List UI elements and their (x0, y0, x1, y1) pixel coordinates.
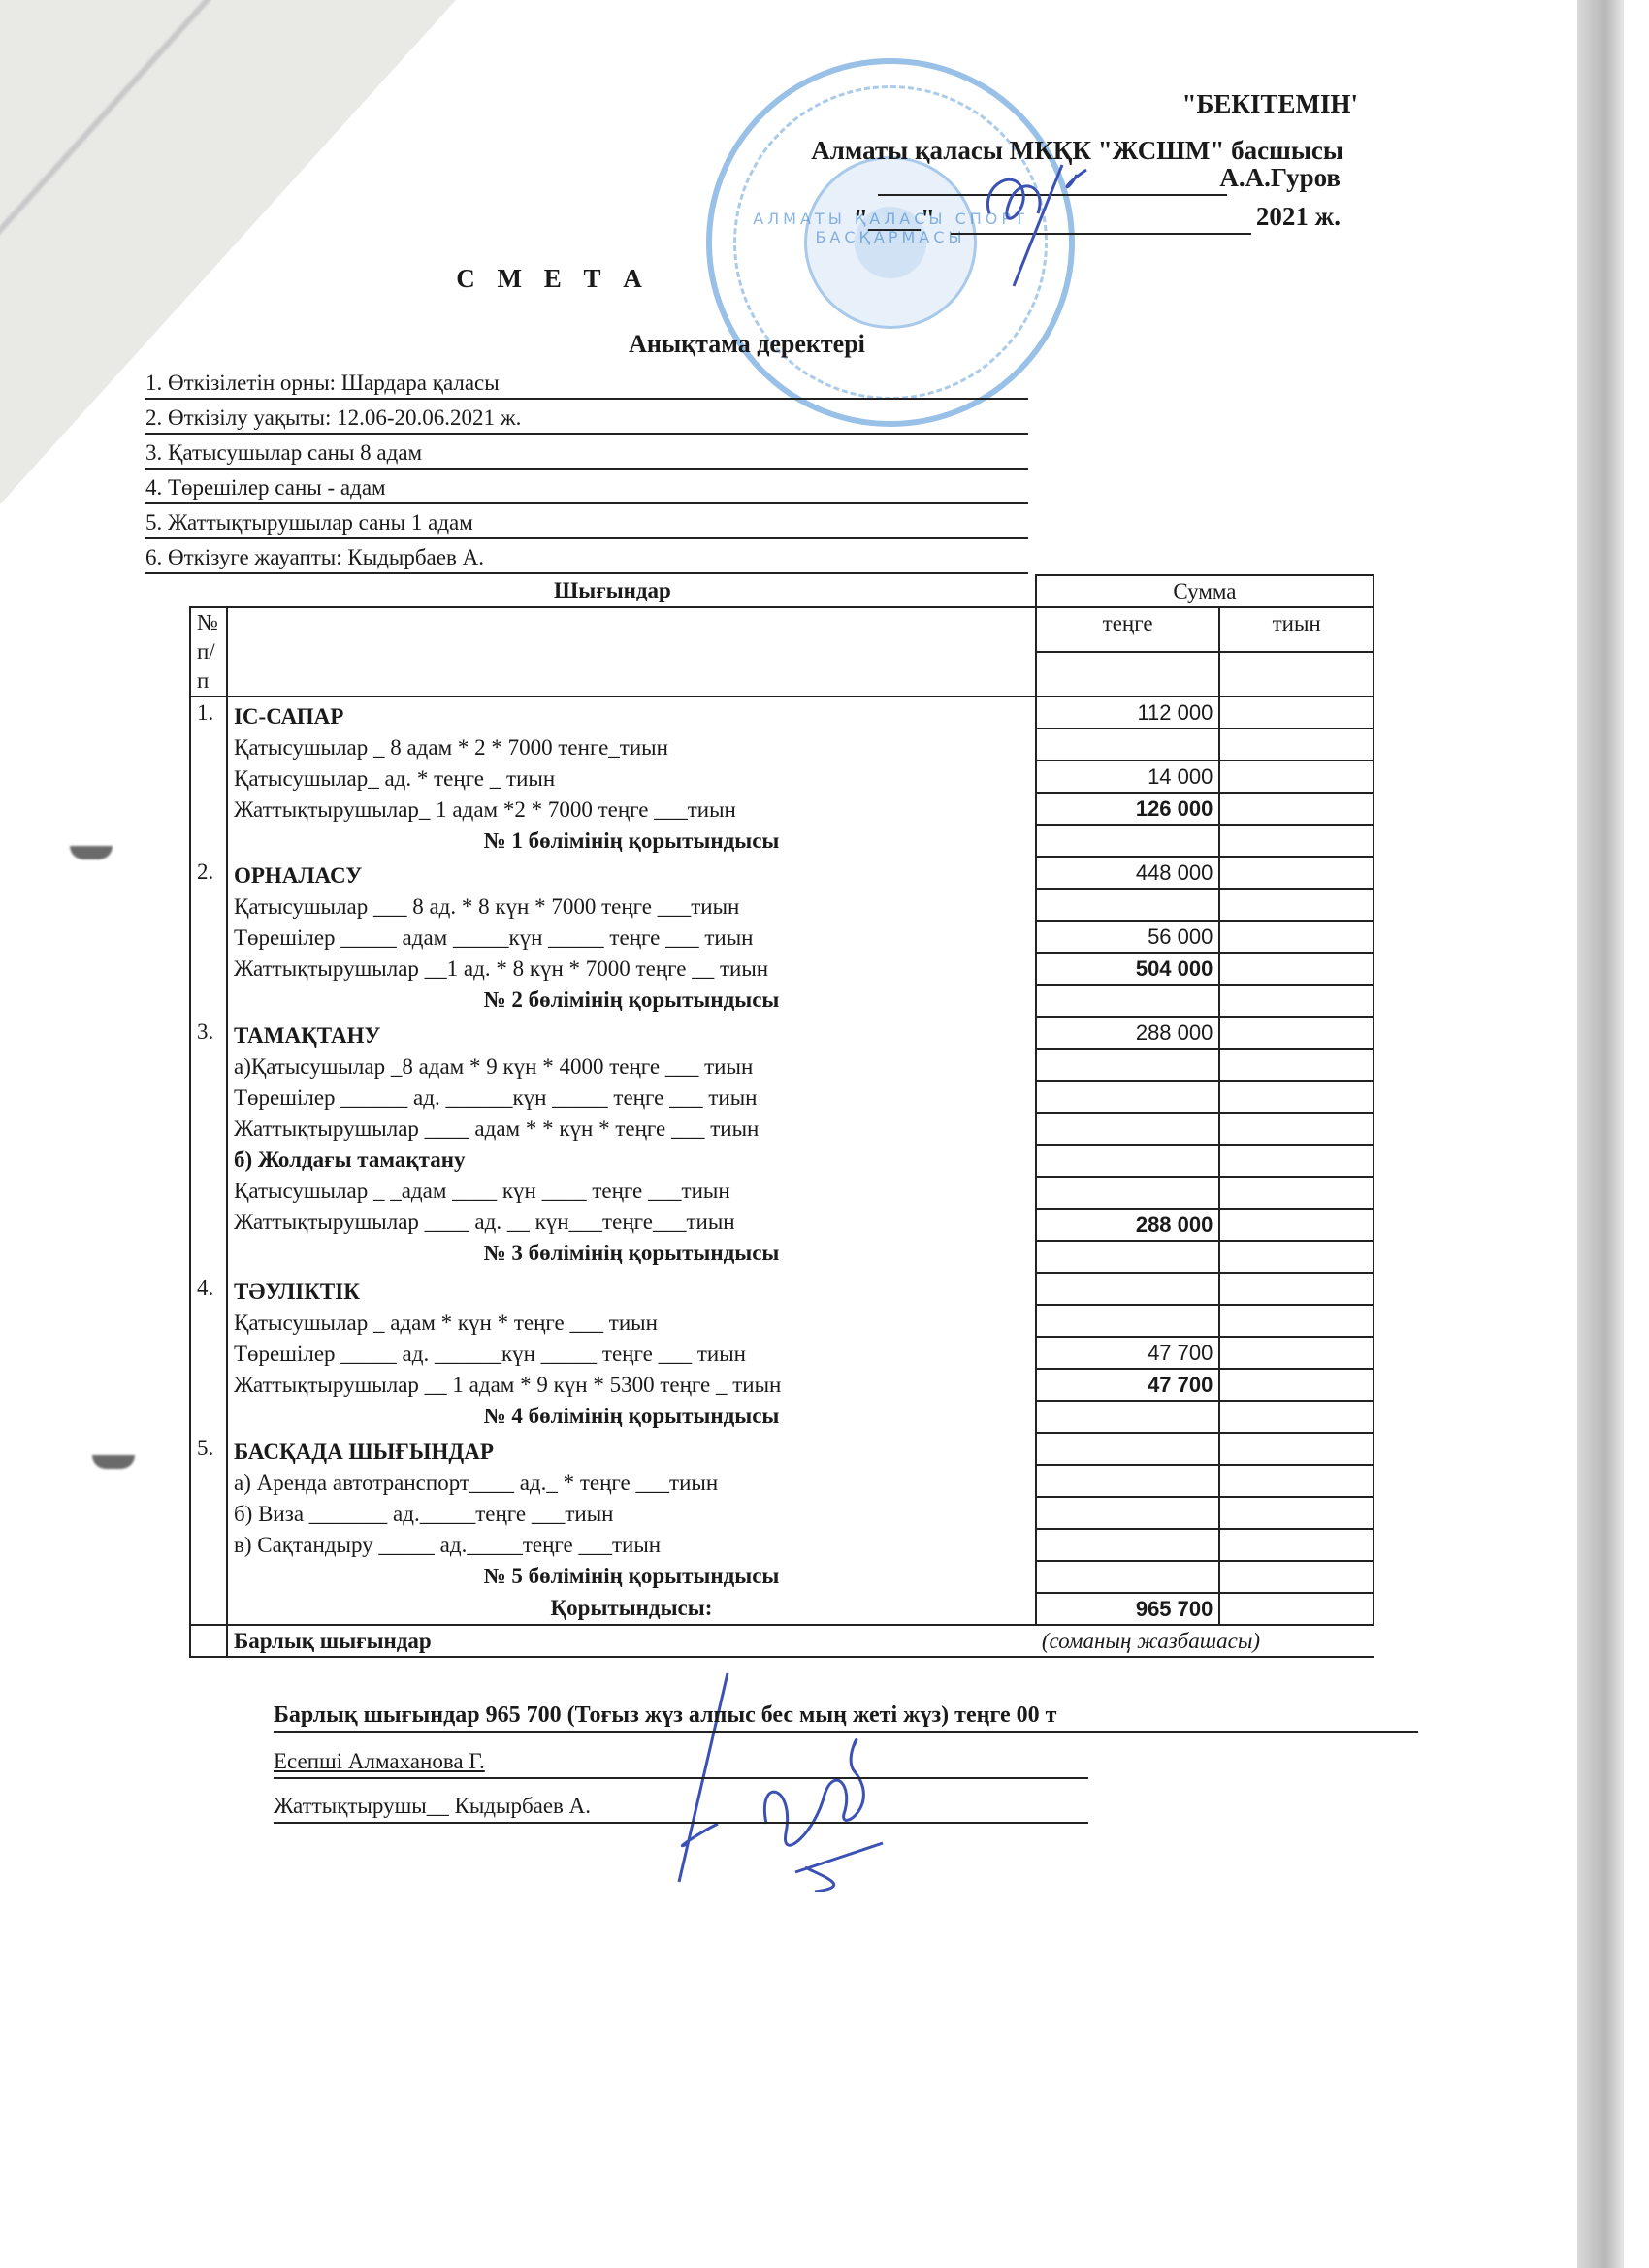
amount-tenge (1036, 1561, 1219, 1593)
section-subtotal-label: № 2 бөлімінің қорытындысы (234, 985, 1029, 1016)
section-subtotal-amount: 288 000 (1036, 1209, 1219, 1241)
amount-tiyn (1219, 1529, 1374, 1561)
all-expenses-row: Барлық шығындар(соманың жазбашасы) (190, 1625, 1374, 1657)
document-title: С М Е Т А (0, 264, 1106, 294)
section-line: Төрешілер _____ ад. ______күн _____ теңг… (234, 1339, 1029, 1370)
amount-tenge (1036, 889, 1219, 921)
amount-tiyn (1219, 1049, 1374, 1081)
section-line: Жаттықтырушылар __1 ад. * 8 күн * 7000 т… (234, 954, 1029, 985)
amount-tenge (1036, 985, 1219, 1017)
accountant-name: Есепші Алмаханова Г. (274, 1749, 485, 1773)
amount-tenge (1036, 1049, 1219, 1081)
info-dates: 2. Өткізілу уақыты: 12.06-20.06.2021 ж. (145, 404, 1028, 435)
amount-tiyn (1219, 1369, 1374, 1401)
amount-tenge (1036, 1145, 1219, 1177)
amount-tiyn (1219, 793, 1374, 825)
amount-tenge (1036, 1241, 1219, 1273)
table-header-row: Шығындар Сумма (190, 575, 1374, 607)
amount-tiyn (1219, 697, 1374, 729)
document-subtitle: Анықтама деректері (194, 330, 1300, 359)
header-number: № п/п (190, 607, 227, 697)
section-subtotal-amount (1036, 1529, 1219, 1561)
section-title: БАСҚАДА ШЫҒЫНДАР (234, 1437, 1029, 1468)
section-subtotal-amount: 126 000 (1036, 793, 1219, 825)
total-amount: 965 700 (1036, 1593, 1219, 1625)
table-row: 4.ТӘУЛІКТІКҚатысушылар _ адам * күн * те… (190, 1273, 1374, 1305)
section-line: Жаттықтырушылар __ 1 адам * 9 күн * 5300… (234, 1370, 1029, 1401)
amount-tenge: 14 000 (1036, 761, 1219, 793)
section-subtotal-label: № 5 бөлімінің қорытындысы (234, 1561, 1029, 1592)
amount-tiyn (1219, 1561, 1374, 1593)
section-line: Қатысушылар_ ад. * теңге _ тиын (234, 763, 1029, 794)
header-expenses: Шығындар (190, 575, 1036, 607)
section-subtotal-label: № 3 бөлімінің қорытындысы (234, 1238, 1029, 1269)
info-venue: 1. Өткізілетін орны: Шардара қаласы (145, 369, 1028, 400)
section-line: Төрешілер _____ адам _____күн _____ теңг… (234, 923, 1029, 954)
section-line: Қатысушылар _ _адам ____ күн ____ теңге … (234, 1176, 1029, 1207)
amount-tiyn (1219, 889, 1374, 921)
punch-hole (92, 1455, 135, 1469)
section-subtotal-amount: 504 000 (1036, 953, 1219, 985)
amount-tiyn (1219, 1497, 1374, 1529)
amount-tiyn (1219, 857, 1374, 889)
info-responsible: 6. Өткізуге жауапты: Кыдырбаев А. (145, 543, 1028, 574)
amount-tenge (1036, 1273, 1219, 1305)
table-row: 3.ТАМАҚТАНУа)Қатысушылар _8 адам * 9 күн… (190, 1017, 1374, 1049)
total-label: Қорытындысы: (227, 1593, 1036, 1625)
section-line: Қатысушылар _ 8 адам * 2 * 7000 тенге_ти… (234, 732, 1029, 763)
amount-tiyn (1219, 761, 1374, 793)
amount-tenge: 288 000 (1036, 1017, 1219, 1049)
amount-tiyn (1219, 1273, 1374, 1305)
amount-tenge (1036, 729, 1219, 761)
table-row: 2.ОРНАЛАСУҚатысушылар ___ 8 ад. * 8 күн … (190, 857, 1374, 889)
amount-tenge (1036, 1113, 1219, 1145)
section-line: а)Қатысушылар _8 адам * 9 күн * 4000 тең… (234, 1052, 1029, 1083)
section-description: ТАМАҚТАНУа)Қатысушылар _8 адам * 9 күн *… (227, 1017, 1036, 1273)
scan-edge-shadow (1577, 0, 1624, 2268)
table-subheader-row: № п/п теңге тиын (190, 607, 1374, 652)
amount-tenge: 56 000 (1036, 921, 1219, 953)
approval-signer: А.А.Гуров (1219, 163, 1341, 193)
section-description: ОРНАЛАСУҚатысушылар ___ 8 ад. * 8 күн * … (227, 857, 1036, 1017)
scan-margin (1624, 0, 1649, 2268)
approval-year: 2021 ж. (1256, 202, 1341, 232)
amount-tiyn (1219, 1401, 1374, 1433)
amount-tenge (1036, 1497, 1219, 1529)
amount-tiyn (1219, 1465, 1374, 1497)
amount-tiyn (1219, 1241, 1374, 1273)
info-coaches: 5. Жаттықтырушылар саны 1 адам (145, 508, 1028, 539)
amount-tenge (1036, 1401, 1219, 1433)
section-number: 4. (190, 1273, 227, 1433)
amount-tenge: 448 000 (1036, 857, 1219, 889)
section-line: а) Аренда автотранспорт____ ад._ * теңге… (234, 1468, 1029, 1499)
section-line: Жаттықтырушылар ____ адам * * күн * теңг… (234, 1114, 1029, 1145)
header-blank (227, 607, 1036, 697)
amount-tiyn (1219, 729, 1374, 761)
amount-tiyn (1219, 1017, 1374, 1049)
all-expenses-number-cell (190, 1625, 227, 1657)
table-row: 5.БАСҚАДА ШЫҒЫНДАРа) Аренда автотранспор… (190, 1433, 1374, 1465)
amount-tenge (1036, 825, 1219, 857)
section-number: 3. (190, 1017, 227, 1273)
section-number: 5. (190, 1433, 227, 1593)
table-row: 1.ІС-САПАРҚатысушылар _ 8 адам * 2 * 700… (190, 697, 1374, 729)
section-subtotal-amount: 47 700 (1036, 1369, 1219, 1401)
section-title: ТӘУЛІКТІК (234, 1277, 1029, 1308)
punch-hole (70, 846, 113, 859)
approval-date-day: "____" (854, 204, 935, 234)
section-description: БАСҚАДА ШЫҒЫНДАРа) Аренда автотранспорт_… (227, 1433, 1036, 1593)
total-row: Қорытындысы:965 700 (190, 1593, 1374, 1625)
section-line: Қатысушылар ___ 8 ад. * 8 күн * 7000 тең… (234, 891, 1029, 923)
all-expenses-label: Барлық шығындар (227, 1625, 1036, 1657)
section-number: 1. (190, 697, 227, 857)
amount-tiyn (1219, 1209, 1374, 1241)
section-line: Жаттықтырушылар_ 1 адам *2 * 7000 теңге … (234, 794, 1029, 826)
info-participants: 3. Қатысушылар саны 8 адам (145, 438, 1028, 470)
amount-tenge (1036, 1305, 1219, 1337)
amount-tiyn (1219, 985, 1374, 1017)
info-judges: 4. Төрешілер саны - адам (145, 473, 1028, 504)
sum-in-words-hint: (соманың жазбашасы) (1036, 1625, 1374, 1657)
section-line: Қатысушылар _ адам * күн * теңге ___ тиы… (234, 1308, 1029, 1339)
approval-heading: "БЕКІТЕМІН' (1182, 89, 1358, 119)
section-description: ТӘУЛІКТІКҚатысушылар _ адам * күн * теңг… (227, 1273, 1036, 1433)
amount-tiyn (1219, 1305, 1374, 1337)
section-line: Төрешілер ______ ад. ______күн _____ тең… (234, 1083, 1029, 1114)
section-line: б) Виза _______ ад._____теңге ___тиын (234, 1499, 1029, 1530)
amount-tenge (1036, 1465, 1219, 1497)
total-in-words: Барлық шығындар 965 700 (Тоғыз жүз алпыс… (274, 1700, 1418, 1733)
amount-tiyn (1219, 1177, 1374, 1209)
total-tiyn (1219, 1593, 1374, 1625)
amount-tiyn (1219, 921, 1374, 953)
section-line: в) Сақтандыру _____ ад._____теңге ___тиы… (234, 1530, 1029, 1561)
section-description: ІС-САПАРҚатысушылар _ 8 адам * 2 * 7000 … (227, 697, 1036, 857)
amount-tiyn (1219, 953, 1374, 985)
amount-tiyn (1219, 1081, 1374, 1113)
estimate-table: Шығындар Сумма № п/п теңге тиын 1.ІС-САП… (189, 574, 1374, 1658)
section-line: б) Жолдағы тамақтану (234, 1145, 1029, 1176)
total-number-cell (190, 1593, 227, 1625)
amount-tiyn (1219, 1113, 1374, 1145)
amount-tiyn (1219, 1145, 1374, 1177)
amount-tenge: 47 700 (1036, 1337, 1219, 1369)
section-line: Жаттықтырушылар ____ ад. __ күн___теңге_… (234, 1207, 1029, 1238)
section-subtotal-label: № 1 бөлімінің қорытындысы (234, 826, 1029, 857)
section-subtotal-label: № 4 бөлімінің қорытындысы (234, 1401, 1029, 1432)
header-tiyn: тиын (1219, 607, 1374, 652)
section-title: ТАМАҚТАНУ (234, 1021, 1029, 1052)
section-title: ОРНАЛАСУ (234, 860, 1029, 891)
header-sum: Сумма (1036, 575, 1374, 607)
coach-line: Жаттықтырушы__ Кыдырбаев А. (274, 1791, 1088, 1824)
amount-tiyn (1219, 825, 1374, 857)
amount-tiyn (1219, 1433, 1374, 1465)
section-title: ІС-САПАР (234, 701, 1029, 732)
accountant-line: Есепші Алмаханова Г. (274, 1746, 1088, 1779)
amount-tenge (1036, 1177, 1219, 1209)
amount-tenge: 112 000 (1036, 697, 1219, 729)
amount-tiyn (1219, 1337, 1374, 1369)
section-number: 2. (190, 857, 227, 1017)
header-tenge: теңге (1036, 607, 1219, 652)
amount-tenge (1036, 1081, 1219, 1113)
amount-tenge (1036, 1433, 1219, 1465)
